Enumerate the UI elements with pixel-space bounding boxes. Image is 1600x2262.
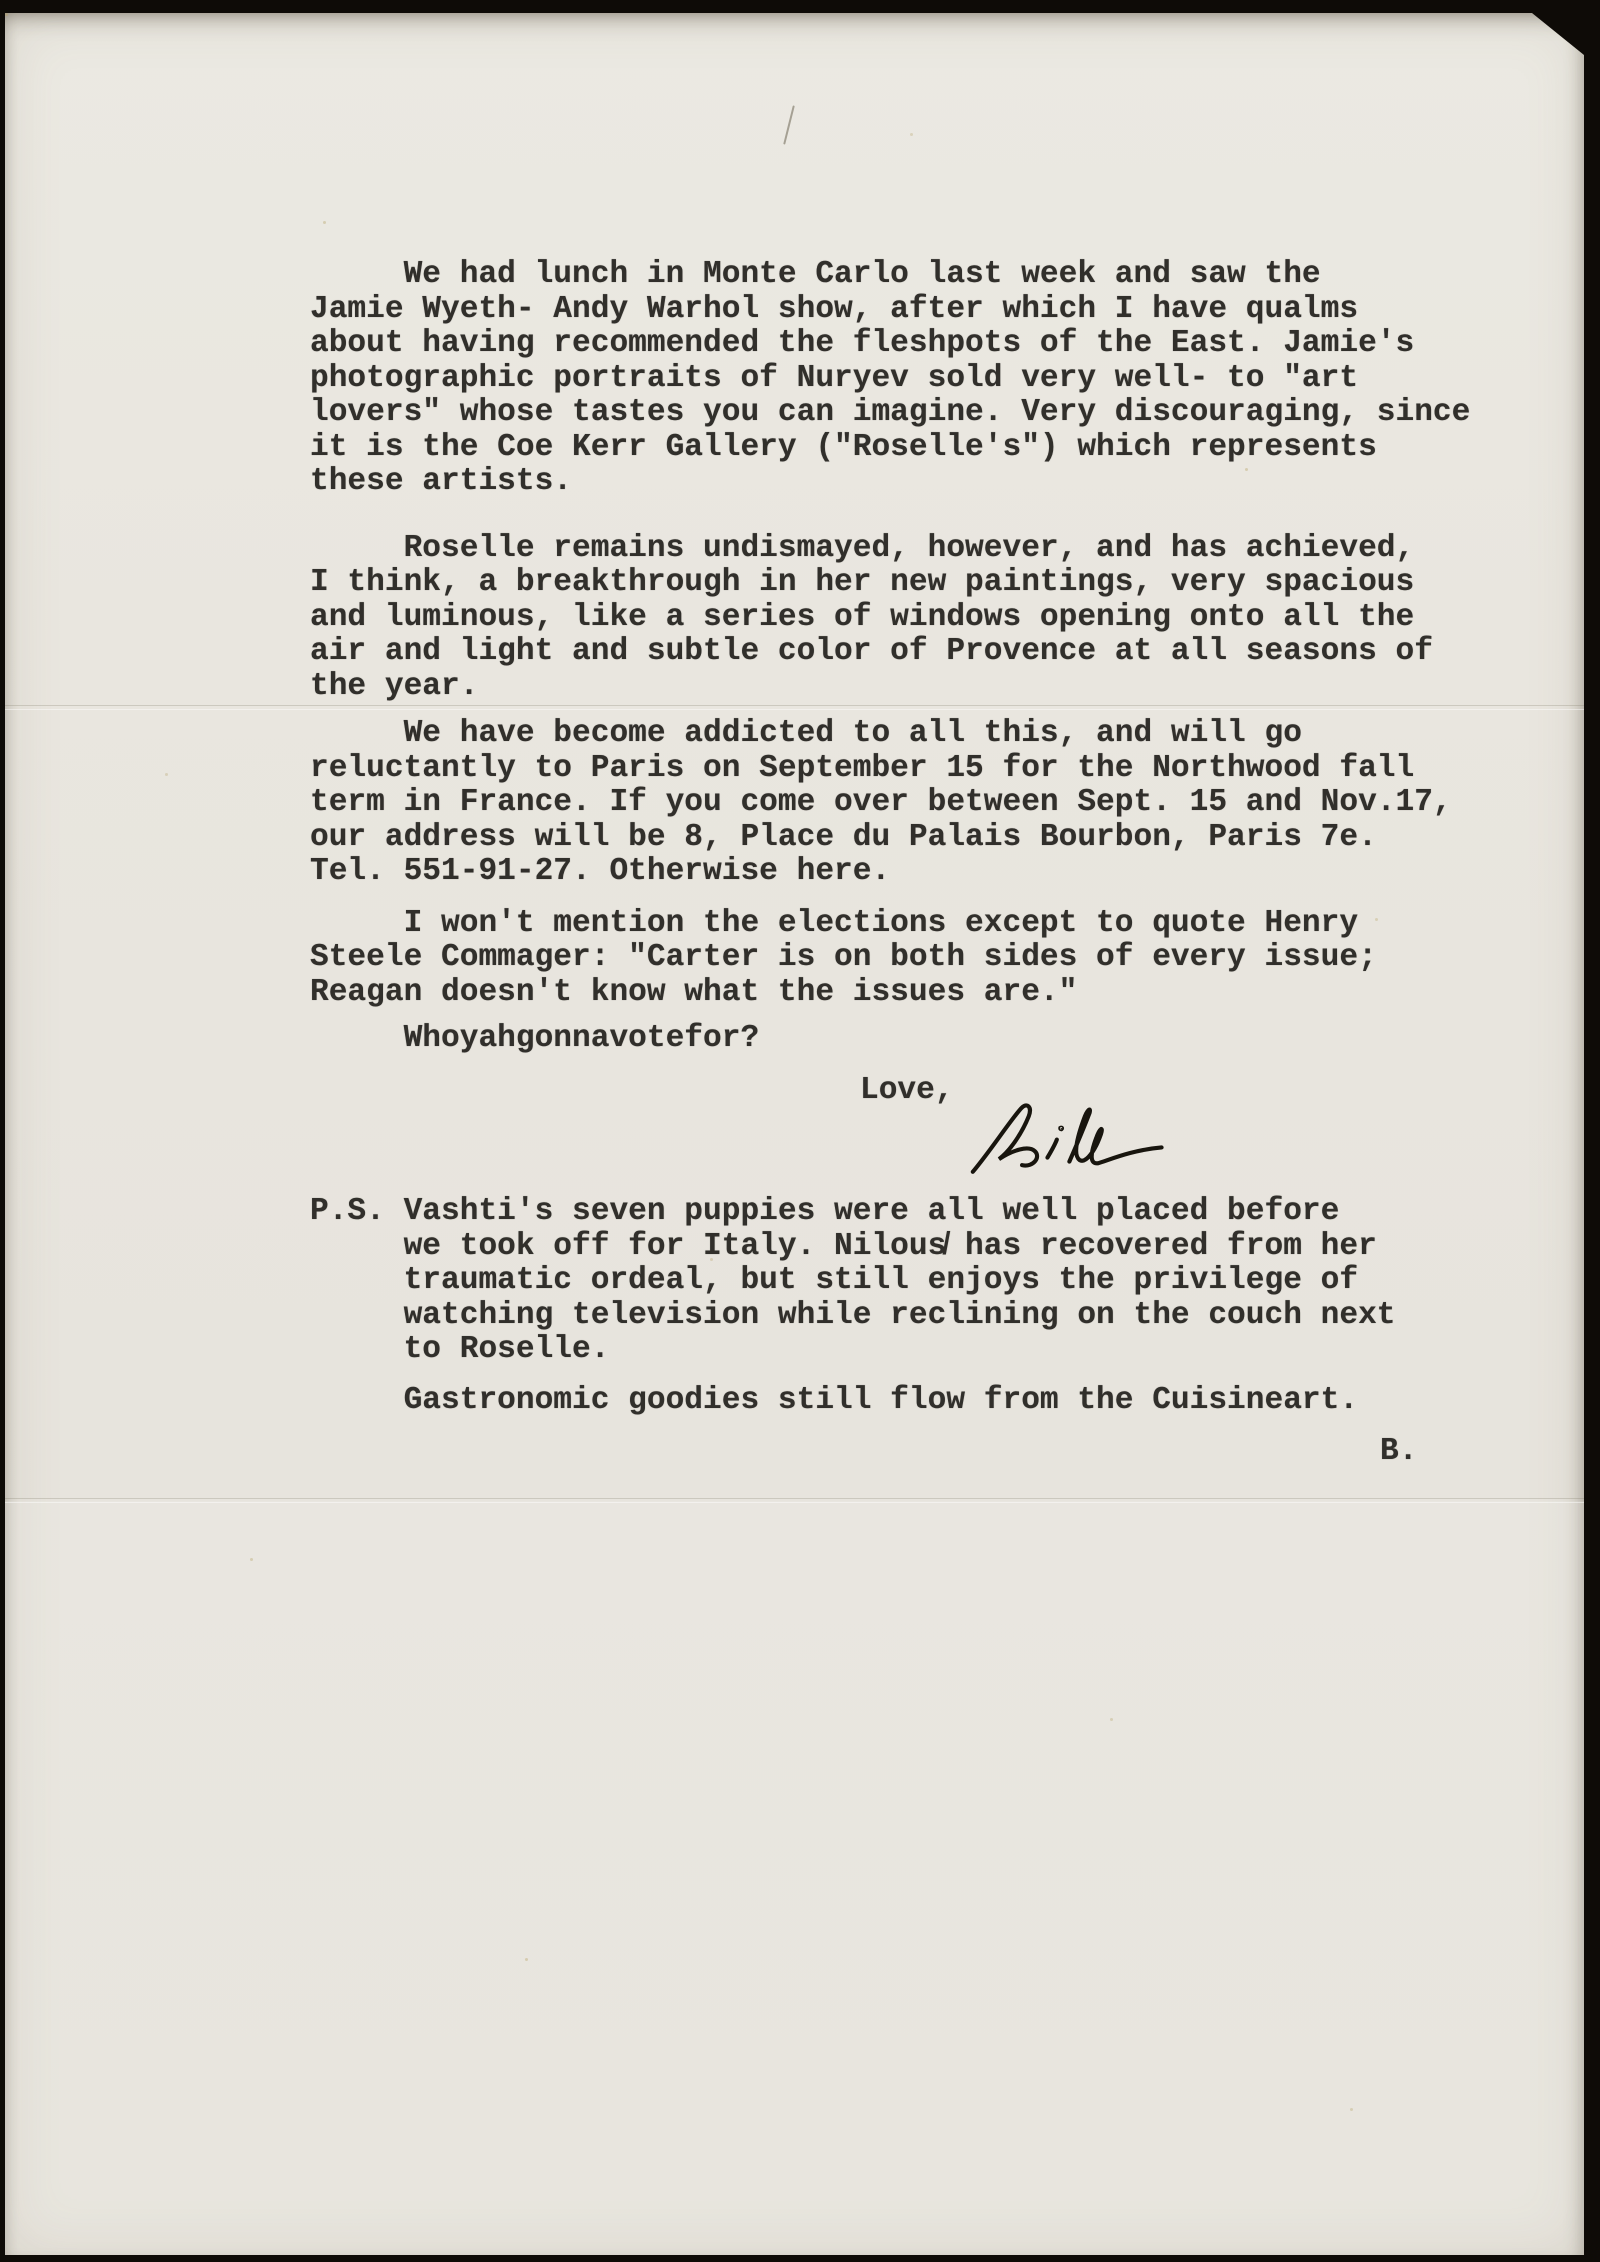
final-initial: B.: [1380, 1435, 1520, 1470]
signature-stroke-ll: [1067, 1106, 1163, 1165]
letter-line: Tel. 551-91-27. Otherwise here.: [310, 855, 1520, 890]
letter-line: the year.: [310, 670, 1520, 705]
final-initial-line: B.: [1380, 1435, 1520, 1470]
signature-stroke-b: [969, 1105, 1037, 1172]
letter-line: and luminous, like a series of windows o…: [310, 601, 1520, 636]
letter-line: about having recommended the fleshpots o…: [310, 327, 1520, 362]
signature-dot-i: [1060, 1128, 1062, 1130]
closing-line: Love,: [860, 1074, 1520, 1109]
letter-line: it is the Coe Kerr Gallery ("Roselle's")…: [310, 431, 1520, 466]
signature-bill: [966, 1090, 1166, 1184]
letter-line: I won't mention the elections except to …: [310, 907, 1520, 942]
letter-line: We have become addicted to all this, and…: [310, 717, 1520, 752]
letter-line: our address will be 8, Place du Palais B…: [310, 821, 1520, 856]
paragraph-monte-carlo: We had lunch in Monte Carlo last week an…: [310, 258, 1520, 500]
paragraph-paris-plans: We have become addicted to all this, and…: [310, 717, 1520, 890]
paragraph-elections: I won't mention the elections except to …: [310, 907, 1520, 1011]
ps-line: we took off for Italy. Nilous̸ has recov…: [310, 1230, 1520, 1265]
letter-line: I think, a breakthrough in her new paint…: [310, 566, 1520, 601]
letter-line: Whoyahgonnavotefor?: [310, 1022, 1520, 1057]
postscript: P.S. Vashti's seven puppies were all wel…: [310, 1195, 1520, 1368]
letter-body: We had lunch in Monte Carlo last week an…: [310, 258, 1520, 1470]
letter-line: these artists.: [310, 465, 1520, 500]
letter-line: photographic portraits of Nuryev sold ve…: [310, 362, 1520, 397]
letter-line: lovers" whose tastes you can imagine. Ve…: [310, 396, 1520, 431]
ps-line: P.S. Vashti's seven puppies were all wel…: [310, 1195, 1520, 1230]
letter-paper: We had lunch in Monte Carlo last week an…: [5, 13, 1584, 2255]
scan-background: { "page": { "kind": "scanned typewritten…: [0, 0, 1600, 2262]
ps-line: traumatic ordeal, but still enjoys the p…: [310, 1264, 1520, 1299]
ps-line: watching television while reclining on t…: [310, 1299, 1520, 1334]
ps-line: to Roselle.: [310, 1333, 1520, 1368]
letter-line: Steele Commager: "Carter is on both side…: [310, 941, 1520, 976]
letter-line: We had lunch in Monte Carlo last week an…: [310, 258, 1520, 293]
letter-line: Jamie Wyeth- Andy Warhol show, after whi…: [310, 293, 1520, 328]
letter-line: air and light and subtle color of Proven…: [310, 635, 1520, 670]
closing-word: Love,: [860, 1074, 1520, 1109]
paper-specks: [5, 13, 8, 16]
signature-stroke-i: [1047, 1140, 1058, 1158]
paper-corner-cut: [1532, 13, 1584, 55]
letter-line: Reagan doesn't know what the issues are.…: [310, 976, 1520, 1011]
ps-line: Gastronomic goodies still flow from the …: [310, 1384, 1520, 1419]
fold-crease-bottom: [5, 1498, 1584, 1502]
below-fold-tint: [5, 1501, 1584, 2255]
letter-line: term in France. If you come over between…: [310, 786, 1520, 821]
paragraph-roselle-paintings: Roselle remains undismayed, however, and…: [310, 532, 1520, 705]
postscript-final-line: Gastronomic goodies still flow from the …: [310, 1384, 1520, 1419]
scratch-mark: [783, 105, 795, 144]
letter-line: Roselle remains undismayed, however, and…: [310, 532, 1520, 567]
letter-line: reluctantly to Paris on September 15 for…: [310, 752, 1520, 787]
vote-question-line: Whoyahgonnavotefor?: [310, 1022, 1520, 1057]
